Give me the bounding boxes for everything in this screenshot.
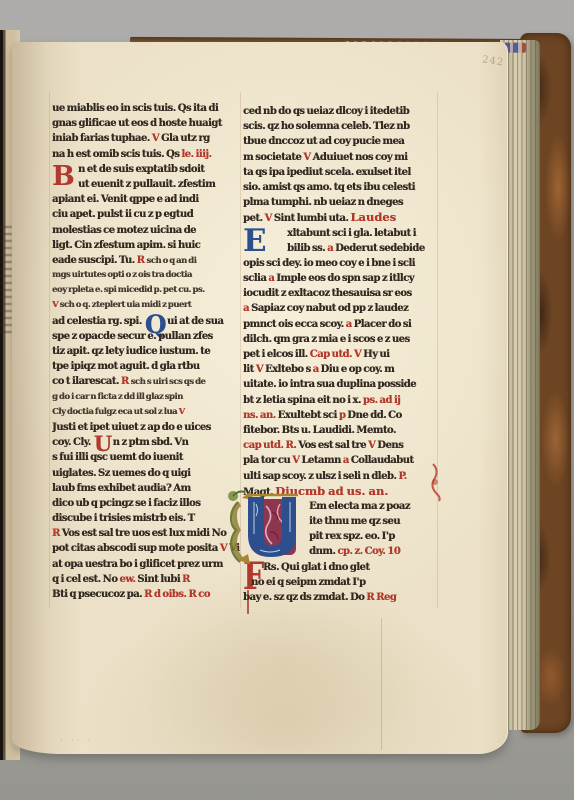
text-line: dico ub q pcingz se i faciz illos xyxy=(52,496,240,511)
text-line: tbue dnccoz ut ad coy pucie mea xyxy=(243,134,441,149)
text-run: Imple eos do spn sap z itllcy xyxy=(276,273,414,284)
text-run: V xyxy=(150,133,161,144)
text-run: Sint lumbi uta. xyxy=(274,213,351,224)
text-line: ut euenit z pullauit. zfestim xyxy=(52,177,240,192)
text-run: iocudit z exltacoz thesauisa sr eos xyxy=(243,288,412,299)
text-run: Cly doctia fulgz eca ut sol z lua xyxy=(52,407,179,417)
text-run: Dens xyxy=(377,440,403,451)
text-line: molestias ce motez uicina de xyxy=(52,223,240,238)
text-run: a xyxy=(346,319,354,330)
text-line: ad celestia rg. spi. Qui at de sua xyxy=(52,314,240,329)
text-run: Gla utz rg xyxy=(161,133,210,144)
text-run: lit xyxy=(243,364,256,375)
text-run: uitate. io intra sua duplina posside xyxy=(243,379,416,390)
text-line: ue miablis eo in scis tuis. Qs ita di xyxy=(52,101,240,116)
text-run: Exultebt sci xyxy=(278,410,339,421)
text-run: tbue dnccoz ut ad coy pucie mea xyxy=(243,136,404,147)
text-line: eoy rpleta e. spi micedid p. pet cu. ps. xyxy=(52,283,240,298)
text-run: a xyxy=(243,303,251,314)
text-run: eoy rpleta e. spi micedid p. pet cu. ps. xyxy=(52,285,205,295)
text-line: tpe ipiqz mot aguit. d gla rtbu xyxy=(52,359,240,374)
text-line: apiant ei. Venit qppe e ad indi xyxy=(52,192,240,207)
text-line: m societate V Aduiuet nos coy mi xyxy=(243,150,441,165)
text-line: g do i car n ficta z dd ill glaz spin xyxy=(52,390,240,405)
text-line: iocudit z exltacoz thesauisa sr eos xyxy=(243,286,441,301)
text-line: bay e. sz qz ds zmdat. Do R Reg xyxy=(243,590,441,605)
text-run: g do i car n ficta z dd ill glaz spin xyxy=(52,392,183,402)
text-run: iniab farias tuphae. xyxy=(52,133,150,144)
text-line: ciu apet. pulst ii cu z p egtud xyxy=(52,207,240,222)
text-run: fitebor. Bts u. Laudidi. Memto. xyxy=(243,425,396,436)
text-run: pla tor cu xyxy=(243,455,292,466)
text-run: apiant ei. Venit qppe e ad indi xyxy=(52,194,199,205)
text-line: Exltabunt sci i gla. letabut i xyxy=(243,226,441,241)
text-run: Diu e op coy. m xyxy=(321,364,395,375)
text-line: plma tumphi. nb ueiaz n dneges xyxy=(243,195,441,210)
text-run: dilch. qm gra z mia e i scos e z ues xyxy=(243,334,410,345)
text-run: Sapiaz coy nabut od pp z laudez xyxy=(251,303,408,314)
text-run: scis. qz ho solemna celeb. Tlez nb xyxy=(243,121,410,132)
manuscript-photo: 242 ue miablis eo in scis tuis. Qs ita d… xyxy=(0,0,574,800)
text-run: Vos est sal tre xyxy=(298,440,368,451)
text-run: R xyxy=(121,376,131,387)
text-line: uitate. io intra sua duplina posside xyxy=(243,377,441,392)
text-line: bilib ss. a Dederut sedebide xyxy=(243,241,441,256)
text-line: s fui illi qsc uemt do iuenit xyxy=(52,450,240,465)
text-line: Cly doctia fulgz eca ut sol z lua V xyxy=(52,405,240,420)
text-run: a xyxy=(327,243,335,254)
text-line: iniab farias tuphae. V Gla utz rg xyxy=(52,131,240,146)
text-run: mgs uirtutes opti o z ois tra doctia xyxy=(52,270,192,280)
text-run: ns. an. xyxy=(243,410,278,421)
text-run: na h est omib scis tuis. Qs xyxy=(52,149,181,160)
text-run: Laudes xyxy=(350,210,396,224)
text-run: cap utd. R. xyxy=(243,440,298,451)
text-run: sclia xyxy=(243,273,268,284)
text-run: xltabunt sci i gla. letabut i xyxy=(287,228,416,239)
text-run: ut euenit z pullauit. zfestim xyxy=(78,179,215,190)
text-run: discube i trisies mistrb eis. T xyxy=(52,513,195,524)
text-run: a xyxy=(313,364,321,375)
text-run: Cap utd. V xyxy=(310,349,364,360)
text-run: V xyxy=(368,440,377,451)
text-line: opis sci dey. io meo coy e i bne i scli xyxy=(243,256,441,271)
text-line: R Vos est sal tre uos est lux midi No xyxy=(52,526,240,541)
text-run: laub fms exhibet audia? Am xyxy=(52,483,191,494)
text-run: ad celestia rg. spi. xyxy=(52,316,144,327)
text-line: lit V Exltebo s a Diu e op coy. m xyxy=(243,362,441,377)
text-run: ui at de sua xyxy=(167,316,223,327)
text-run: ta qs ipa ipediut scela. exulset itel xyxy=(243,167,411,178)
text-run: tpe ipiqz mot aguit. d gla rtbu xyxy=(52,361,200,372)
text-run: Aduiuet nos coy mi xyxy=(312,152,407,163)
text-run: Dederut sedebide xyxy=(335,243,425,254)
text-line: bt z letia spina eit no i x. ps. ad ij xyxy=(243,393,441,408)
text-run: P. xyxy=(398,471,406,482)
text-run: plma tumphi. nb ueiaz n dneges xyxy=(243,197,403,208)
text-line: Justi et ipet uiuet z ap do e uices xyxy=(52,420,240,435)
text-run: R xyxy=(52,528,62,539)
text-line: a Sapiaz coy nabut od pp z laudez xyxy=(243,301,441,316)
text-line: scis. qz ho solemna celeb. Tlez nb xyxy=(243,119,441,134)
text-line: ns. an. Exultebt sci p Dne dd. Co xyxy=(243,408,441,423)
text-line: q i cel est. No ew. Sint lubi R xyxy=(52,572,240,587)
text-line: ligt. Cin zfestum apim. si huic xyxy=(52,238,240,253)
text-line: pmnct ois ecca scoy. a Placer do si xyxy=(243,317,441,332)
text-run: R xyxy=(137,255,147,266)
text-run: ulti sap scoy. z ulsz i seli n dleb. xyxy=(243,471,398,482)
text-run: bt z letia spina eit no i x. xyxy=(243,395,363,406)
text-run: dico ub q pcingz se i faciz illos xyxy=(52,498,200,509)
text-run: n et de suis exptatib sdoit xyxy=(78,164,204,175)
text-line: Bti q psecucoz pa. R d oibs. R co xyxy=(52,587,240,602)
text-column-left: ue miablis eo in scis tuis. Qs ita digna… xyxy=(52,101,240,615)
ruling-line xyxy=(49,92,50,608)
text-run: n z ptm sbd. Vn xyxy=(113,437,189,448)
text-line: no ei q seipm zmdat I'p xyxy=(243,575,441,590)
text-run: at opa uestra bo i glificet prez urm xyxy=(52,559,223,570)
text-run: co t ilarescat. xyxy=(52,376,121,387)
text-run: ps. ad ij xyxy=(363,395,400,406)
text-run: uiglates. Sz uemes do q uigi xyxy=(52,468,190,479)
text-run: ite thnu me qz seu xyxy=(309,516,400,527)
text-line: cap utd. R. Vos est sal tre V Dens xyxy=(243,438,441,453)
text-run: s fui illi qsc uemt do iuenit xyxy=(52,452,183,463)
text-run: spe z opacde secur e. pullan zfes xyxy=(52,331,213,342)
text-run: Em electa ma z poaz xyxy=(309,501,410,512)
text-run: sch o q. zteplert uia midi z puert xyxy=(60,300,192,310)
text-line: sio. amist qs amo. tq ets ibu celesti xyxy=(243,180,441,195)
text-run: pot citas abscodi sup mote posita xyxy=(52,543,220,554)
text-run: opis sci dey. io meo coy e i bne i scli xyxy=(243,258,415,269)
text-line: co t ilarescat. R sch s uiri scs qs de xyxy=(52,374,240,389)
text-line: sclia a Imple eos do spn sap z itllcy xyxy=(243,271,441,286)
text-run: Placer do si xyxy=(354,319,412,330)
text-run: q i cel est. No xyxy=(52,574,119,585)
text-line: pla tor cu V Letamn a Collaudabut xyxy=(243,453,441,468)
text-run: bilib ss. xyxy=(287,243,327,254)
text-run: V xyxy=(292,455,301,466)
text-run: Sint lubi xyxy=(137,574,182,585)
text-run: sch o q an di xyxy=(146,256,196,266)
text-run: Exltebo s xyxy=(265,364,313,375)
text-line: na h est omib scis tuis. Qs le. iiij. xyxy=(52,147,240,162)
text-run: Collaudabut xyxy=(351,455,414,466)
text-run: cp. z. Coy. 10 xyxy=(337,546,400,557)
text-run: Hy ui xyxy=(363,349,389,360)
text-line: ta qs ipa ipediut scela. exulset itel xyxy=(243,165,441,180)
text-line: eade suscipi. Tu. R sch o q an di xyxy=(52,253,240,268)
text-run: sio. amist qs amo. tq ets ibu celesti xyxy=(243,182,415,193)
text-run: Bti q psecucoz pa. xyxy=(52,589,144,600)
text-run: coy. Cly. xyxy=(52,437,93,448)
text-run: Vos est sal tre uos est lux midi No xyxy=(62,528,226,539)
text-line: gnas glificae ut eos d hoste huaigt xyxy=(52,116,240,131)
text-run: ew. xyxy=(119,574,137,585)
text-run: ue miablis eo in scis tuis. Qs ita di xyxy=(52,103,218,114)
text-line: ced nb do qs ueiaz dlcoy i itedetib xyxy=(243,104,441,119)
text-line: pot citas abscodi sup mote posita V Vi xyxy=(52,541,240,556)
manuscript-page: 242 ue miablis eo in scis tuis. Qs ita d… xyxy=(12,42,508,754)
text-line: tiz apit. qz lety iudice iustum. te xyxy=(52,344,240,359)
text-run: V xyxy=(179,407,185,417)
text-line: spe z opacde secur e. pullan zfes xyxy=(52,329,240,344)
text-line: at opa uestra bo i glificet prez urm xyxy=(52,557,240,572)
text-line: Bn et de suis exptatib sdoit xyxy=(52,162,240,177)
text-line: discube i trisies mistrb eis. T xyxy=(52,511,240,526)
text-run: ciu apet. pulst ii cu z p egtud xyxy=(52,209,193,220)
text-run: bay e. sz qz ds zmdat. Do xyxy=(243,592,366,603)
text-run: gnas glificae ut eos d hoste huaigt xyxy=(52,118,222,129)
text-run: Dne dd. Co xyxy=(347,410,401,421)
text-line: pet. V Sint lumbi uta. Laudes xyxy=(243,210,441,225)
text-run: R d oibs. R co xyxy=(144,589,210,600)
text-run: pit rex spz. eo. I'p xyxy=(309,531,395,542)
text-run: m societate xyxy=(243,152,303,163)
text-line: dilch. qm gra z mia e i scos e z ues xyxy=(243,332,441,347)
text-run: pet i elcos ill. xyxy=(243,349,310,360)
text-run: R Reg xyxy=(366,592,396,603)
text-line: laub fms exhibet audia? Am xyxy=(52,481,240,496)
text-line: mgs uirtutes opti o z ois tra doctia xyxy=(52,268,240,283)
text-run: no ei q seipm zmdat I'p xyxy=(251,577,365,588)
pencil-inscription: · ·· · xyxy=(60,736,93,745)
text-line: coy. Cly. Un z ptm sbd. Vn xyxy=(52,435,240,450)
folio-number: 242 xyxy=(481,54,505,68)
text-run: sch s uiri scs qs de xyxy=(131,377,206,387)
text-run: V xyxy=(256,364,265,375)
text-run: Justi et ipet uiuet z ap do e uices xyxy=(52,422,211,433)
text-line: fitebor. Bts u. Laudidi. Memto. xyxy=(243,423,441,438)
text-run: V xyxy=(52,300,60,310)
text-run: le. iiij. xyxy=(181,149,211,160)
text-run: a xyxy=(343,455,351,466)
illuminated-initial-V xyxy=(224,482,316,568)
text-run: eade suscipi. Tu. xyxy=(52,255,137,266)
text-run: R xyxy=(182,574,190,585)
text-line: uiglates. Sz uemes do q uigi xyxy=(52,466,240,481)
red-pen-flourish xyxy=(425,462,441,502)
text-run: Letamn xyxy=(301,455,342,466)
text-line: pet i elcos ill. Cap utd. V Hy ui xyxy=(243,347,441,362)
text-run: molestias ce motez uicina de xyxy=(52,225,196,236)
facing-page-text-sliver xyxy=(1,226,12,338)
text-run: ced nb do qs ueiaz dlcoy i itedetib xyxy=(243,106,409,117)
text-run: tiz apit. qz lety iudice iustum. te xyxy=(52,346,210,357)
text-run: ligt. Cin zfestum apim. si huic xyxy=(52,240,200,251)
text-run: pmnct ois ecca scoy. xyxy=(243,319,346,330)
